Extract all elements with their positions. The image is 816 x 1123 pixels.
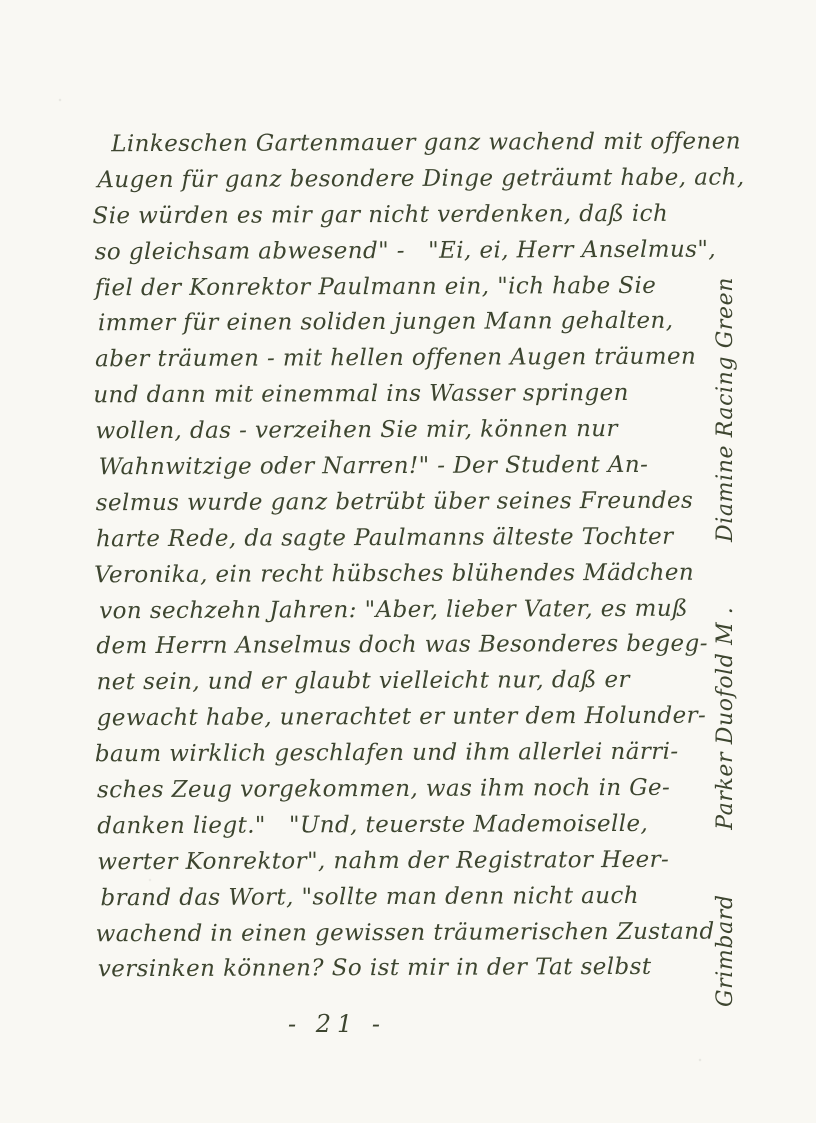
page-number: - 21 -	[288, 1010, 386, 1038]
manuscript-line: baum wirklich geschlafen und ihm allerle…	[95, 735, 677, 773]
margin-note-segment: Parker Duofold M .	[713, 607, 738, 830]
manuscript-line: Sie würden es mir gar nicht verdenken, d…	[92, 197, 674, 235]
manuscript-line: von sechzehn Jahren: "Aber, lieber Vater…	[99, 591, 676, 629]
manuscript-line: harte Rede, da sagte Paulmanns älteste T…	[96, 520, 676, 558]
manuscript-line: selmus wurde ganz betrübt über seines Fr…	[96, 484, 676, 522]
manuscript-line: immer für einen soliden jungen Mann geha…	[98, 304, 675, 342]
manuscript-line: Wahnwitzige oder Narren!" - Der Student …	[99, 448, 676, 486]
manuscript-line: werter Konrektor", nahm der Registrator …	[97, 843, 677, 881]
manuscript-line: so gleichsam abwesend" - "Ei, ei, Herr A…	[95, 232, 675, 270]
manuscript-line: Augen für ganz besondere Dinge geträumt …	[97, 161, 674, 199]
manuscript-line: sches Zeug vorgekommen, was ihm noch in …	[97, 771, 677, 809]
manuscript-line: versinken können? So ist mir in der Tat …	[98, 950, 678, 988]
margin-note-segment: Grimbard	[713, 894, 738, 1007]
manuscript-line: danken liegt." "Und, teuerste Mademoisel…	[97, 807, 677, 845]
manuscript-line: wachend in einen gewissen träumerischen …	[96, 914, 678, 952]
manuscript-line: brand das Wort, "sollte man denn nicht a…	[100, 878, 677, 916]
manuscript-line: Linkeschen Gartenmauer ganz wachend mit …	[111, 125, 674, 163]
margin-note-segment: Diamine Racing Green	[713, 277, 738, 542]
manuscript-line: aber träumen - mit hellen offenen Augen …	[95, 340, 675, 378]
manuscript-text-block: Linkeschen Gartenmauer ganz wachend mit …	[94, 125, 678, 989]
manuscript-line: fiel der Konrektor Paulmann ein, "ich ha…	[95, 268, 675, 306]
manuscript-line: gewacht habe, unerachtet er unter dem Ho…	[97, 699, 677, 737]
manuscript-line: dem Herrn Anselmus doch was Besonderes b…	[96, 627, 676, 665]
manuscript-line: Veronika, ein recht hübsches blühendes M…	[94, 555, 676, 593]
manuscript-page: Linkeschen Gartenmauer ganz wachend mit …	[0, 0, 816, 1123]
manuscript-line: wollen, das - verzeihen Sie mir, können …	[95, 412, 675, 450]
manuscript-line: und dann mit einemmal ins Wasser springe…	[93, 376, 675, 414]
manuscript-line: net sein, und er glaubt vielleicht nur, …	[96, 663, 676, 701]
margin-note: Grimbard Parker Duofold M . Diamine Raci…	[705, 277, 745, 1007]
